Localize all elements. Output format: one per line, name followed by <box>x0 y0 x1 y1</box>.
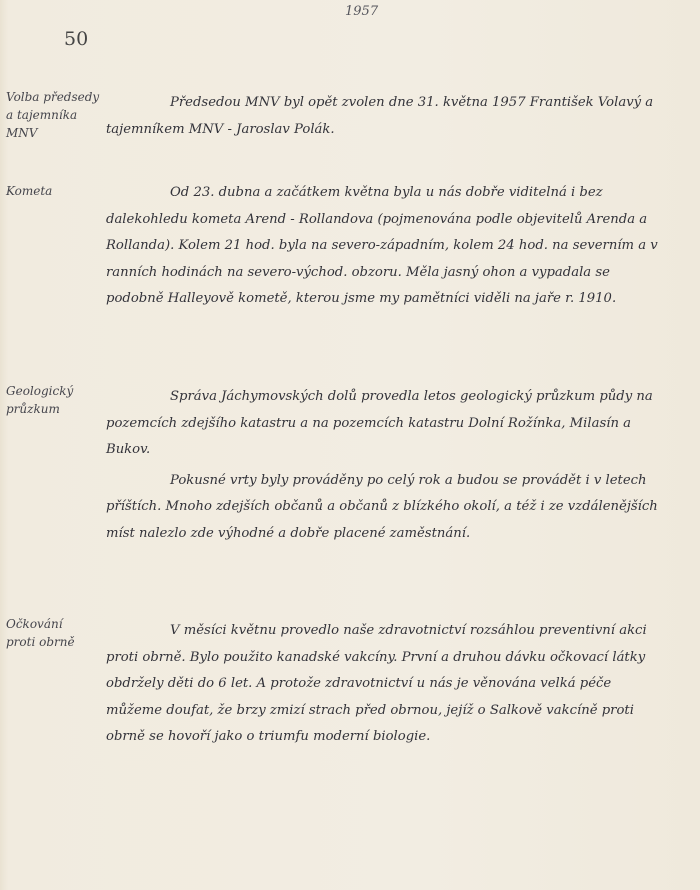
entry-geology: Správa Jáchymovských dolů provedla letos… <box>106 384 666 547</box>
paragraph: Správa Jáchymovských dolů provedla letos… <box>106 384 666 464</box>
margin-label-comet: Kometa <box>6 182 106 200</box>
margin-label-geology: Geologický průzkum <box>6 382 76 418</box>
chronicle-page: 1957 50 Volba předsedy a tajemníka MNV P… <box>0 0 700 890</box>
entry-comet: Od 23. dubna a začátkem května byla u ná… <box>106 180 666 313</box>
paragraph: V měsíci květnu provedlo naše zdravotnic… <box>106 618 666 751</box>
entry-vaccination: V měsíci květnu provedlo naše zdravotnic… <box>106 618 666 751</box>
margin-label-vaccination: Očkování proti obrně <box>6 615 86 651</box>
paragraph: Předsedou MNV byl opět zvolen dne 31. kv… <box>106 90 666 143</box>
page-year: 1957 <box>345 4 378 19</box>
entry-election: Předsedou MNV byl opět zvolen dne 31. kv… <box>106 90 666 143</box>
margin-label-election: Volba předsedy a tajemníka MNV <box>6 88 106 142</box>
paragraph: Pokusné vrty byly prováděny po celý rok … <box>106 468 666 548</box>
paragraph: Od 23. dubna a začátkem května byla u ná… <box>106 180 666 313</box>
page-number: 50 <box>64 28 88 50</box>
